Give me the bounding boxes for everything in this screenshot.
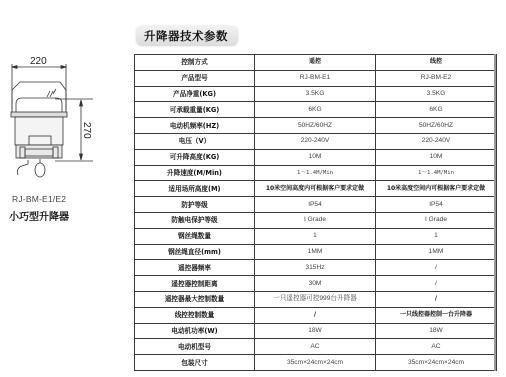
spec-value-remote: I Grade [255,212,376,228]
table-shadow [494,54,496,371]
table-row: 控制方式遥控线控 [135,55,497,71]
table-row: 钢丝绳直径(mm)1MM1MM [135,244,497,260]
spec-value-wired: I Grade [376,212,497,228]
spec-value-remote: 10M [255,149,376,165]
table-row: 线控控制数量/一只线控器控制一台升降器 [135,307,497,323]
spec-value-remote: 6KG [255,102,376,118]
spec-value-wired: 线控 [376,55,497,71]
spec-value-remote: 35cm×24cm×24cm [255,355,376,371]
table-row: 遥控器控制距离30M/ [135,276,497,292]
spec-label: 防触电保护等级 [135,212,255,228]
table-row: 适用场所高度(M)10米空间高度内可根据客户要求定做10米高度空间内可根据客户要… [135,181,497,197]
spec-label: 产品净重(KG) [135,86,255,102]
spec-value-remote: 30M [255,276,376,292]
spec-value-remote: 18W [255,323,376,339]
spec-label: 遥控器频率 [135,260,255,276]
table-row: 包装尺寸35cm×24cm×24cm35cm×24cm×24cm [135,355,497,371]
spec-value-remote: RJ-BM-E1 [255,70,376,86]
svg-text:220: 220 [30,56,47,67]
table-row: 防触电保护等级I GradeI Grade [135,212,497,228]
table-row: 电动机频率(HZ)50HZ/60HZ50HZ/60HZ [135,118,497,134]
spec-value-wired: / [376,276,497,292]
table-row: 遥控器最大控制数量一只遥控器可控999台升降器/ [135,291,497,307]
spec-value-wired: 220-240V [376,133,497,149]
model-code: RJ-BM-E1/E2 [12,194,66,204]
spec-label: 适用场所高度(M) [135,181,255,197]
spec-value-remote: / [255,307,376,323]
table-row: 可升降高度(KG)10M10M [135,149,497,165]
table-row: 电压（V）220-240V220-240V [135,133,497,149]
product-name: 小巧型升降器 [9,208,69,223]
spec-label: 产品型号 [135,70,255,86]
spec-value-wired: RJ-BM-E2 [376,70,497,86]
spec-value-remote: 220-240V [255,133,376,149]
spec-value-wired: 1 [376,228,497,244]
spec-table: 控制方式遥控线控产品型号RJ-BM-E1RJ-BM-E2产品净重(KG)3.5K… [134,54,497,371]
spec-value-remote: 一只遥控器可控999台升降器 [255,291,376,307]
table-row: 升降速度(M/Min)1～1.4M/Min1～1.4M/Min [135,165,497,181]
spec-label: 钢丝绳直径(mm) [135,244,255,260]
spec-label: 遥控器控制距离 [135,276,255,292]
spec-value-wired: 6KG [376,102,497,118]
table-row: 产品型号RJ-BM-E1RJ-BM-E2 [135,70,497,86]
spec-value-wired: 10米高度空间内可根据客户要求定做 [376,181,497,197]
spec-value-remote: 315Hz [255,260,376,276]
spec-value-remote: 1～1.4M/Min [255,165,376,181]
spec-value-remote: 3.5KG [255,86,376,102]
section-title: 升降器技术参数 [144,28,228,44]
spec-label: 电动机功率(W) [135,323,255,339]
hoist-diagram-icon: 220 270 [0,0,130,190]
spec-value-wired: 18W [376,323,497,339]
table-row: 产品净重(KG)3.5KG3.5KG [135,86,497,102]
spec-value-remote: 1MM [255,244,376,260]
spec-value-wired: AC [376,339,497,355]
table-row: 可承载重量(KG)6KG6KG [135,102,497,118]
table-row: 防护等级IP54IP54 [135,197,497,213]
spec-label: 升降速度(M/Min) [135,165,255,181]
spec-label: 控制方式 [135,55,255,71]
spec-value-wired: 10M [376,149,497,165]
spec-label: 钢丝绳数量 [135,228,255,244]
svg-text:270: 270 [81,122,92,139]
table-row: 钢丝绳数量11 [135,228,497,244]
spec-value-remote: 50HZ/60HZ [255,118,376,134]
spec-value-remote: 10米空间高度内可根据客户要求定做 [255,181,376,197]
spec-value-wired: 一只线控器控制一台升降器 [376,307,497,323]
spec-label: 遥控器最大控制数量 [135,291,255,307]
spec-value-remote: AC [255,339,376,355]
spec-label: 电压（V） [135,133,255,149]
spec-label: 电动机型号 [135,339,255,355]
table-row: 遥控器频率315Hz/ [135,260,497,276]
spec-value-wired: 35cm×24cm×24cm [376,355,497,371]
spec-label: 线控控制数量 [135,307,255,323]
spec-value-wired: / [376,260,497,276]
spec-value-wired: 1MM [376,244,497,260]
spec-value-remote: 遥控 [255,55,376,71]
spec-value-wired: IP54 [376,197,497,213]
spec-value-wired: 3.5KG [376,86,497,102]
spec-value-remote: 1 [255,228,376,244]
table-row: 电动机功率(W)18W18W [135,323,497,339]
spec-label: 电动机频率(HZ) [135,118,255,134]
spec-value-remote: IP54 [255,197,376,213]
table-row: 电动机型号ACAC [135,339,497,355]
spec-label: 可升降高度(KG) [135,149,255,165]
spec-label: 防护等级 [135,197,255,213]
spec-label: 包装尺寸 [135,355,255,371]
spec-label: 可承载重量(KG) [135,102,255,118]
spec-value-wired: 50HZ/60HZ [376,118,497,134]
spec-value-wired: / [376,291,497,307]
spec-value-wired: 1～1.4M/Min [376,165,497,181]
